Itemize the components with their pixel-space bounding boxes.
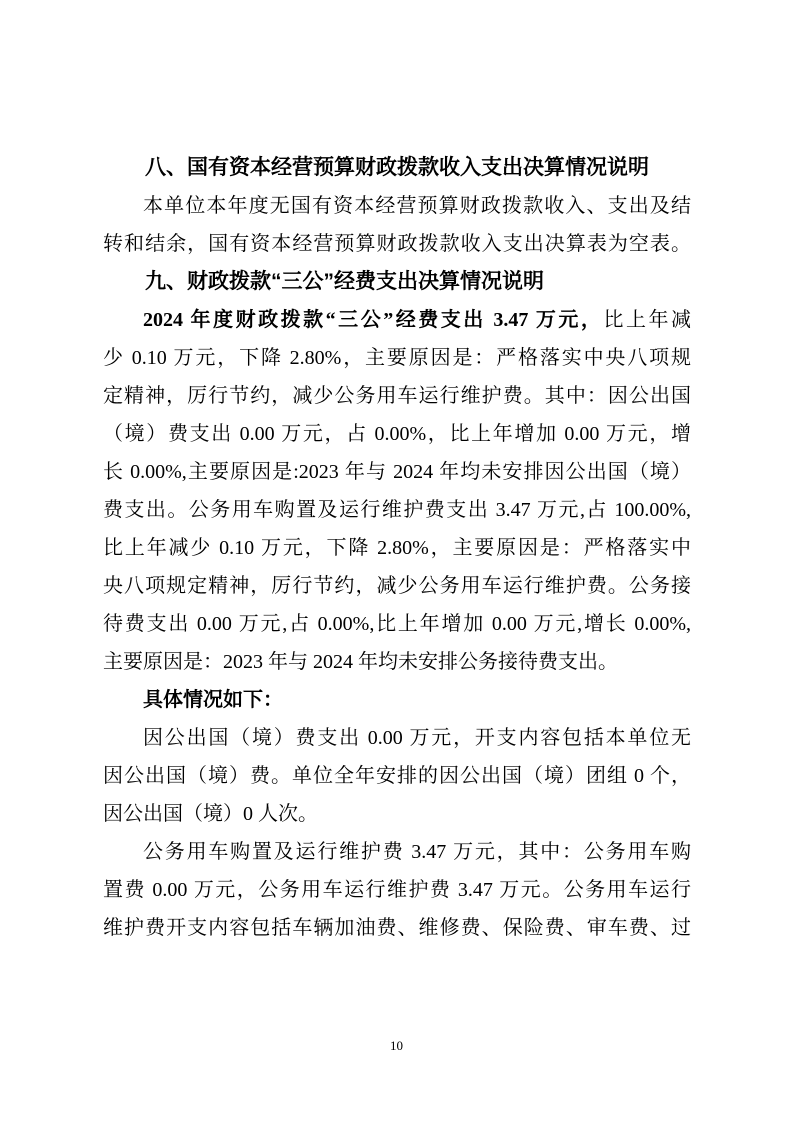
para-abroad-line-2: 因公出国（境）费。单位全年安排的因公出国（境）团组 0 个， [103, 757, 691, 795]
para-ix-line-4: （境）费支出 0.00 万元，占 0.00%，比上年增加 0.00 万元，增 [103, 415, 691, 453]
subheading-detail: 具体情况如下： [103, 681, 691, 719]
para-vehicle-line-3: 维护费开支内容包括车辆加油费、维修费、保险费、审车费、过 [103, 909, 691, 947]
para-ix-line-10: 主要原因是：2023 年与 2024 年均未安排公务接待费支出。 [103, 643, 691, 681]
page-number: 10 [0, 1036, 793, 1056]
para-ix-line-8: 央八项规定精神，厉行节约，减少公务用车运行维护费。公务接 [103, 567, 691, 605]
para-ix-lead-rest: 比上年减 [603, 309, 691, 331]
para-ix-line-9: 待费支出 0.00 万元,占 0.00%,比上年增加 0.00 万元,增长 0.… [103, 605, 691, 643]
section-heading-ix: 九、财政拨款“三公”经费支出决算情况说明 [103, 263, 691, 301]
para-ix-line-2: 少 0.10 万元，下降 2.80%，主要原因是：严格落实中央八项规 [103, 339, 691, 377]
para-viii-line-2: 转和结余，国有资本经营预算财政拨款收入支出决算表为空表。 [103, 225, 691, 263]
para-abroad-line-1: 因公出国（境）费支出 0.00 万元，开支内容包括本单位无 [103, 719, 691, 757]
para-ix-line-6: 费支出。公务用车购置及运行维护费支出 3.47 万元,占 100.00%, [103, 491, 691, 529]
section-heading-viii: 八、国有资本经营预算财政拨款收入支出决算情况说明 [103, 149, 691, 187]
para-viii-line-1: 本单位本年度无国有资本经营预算财政拨款收入、支出及结 [103, 187, 691, 225]
document-page: 八、国有资本经营预算财政拨款收入支出决算情况说明 本单位本年度无国有资本经营预算… [0, 0, 793, 1122]
para-ix-line-3: 定精神，厉行节约，减少公务用车运行维护费。其中：因公出国 [103, 377, 691, 415]
document-content: 八、国有资本经营预算财政拨款收入支出决算情况说明 本单位本年度无国有资本经营预算… [103, 149, 691, 947]
para-ix-lead-bold: 2024 年度财政拨款“三公”经费支出 3.47 万元， [143, 309, 603, 331]
para-ix-line-5: 长 0.00%,主要原因是:2023 年与 2024 年均未安排因公出国（境） [103, 453, 691, 491]
para-abroad-line-3: 因公出国（境）0 人次。 [103, 795, 691, 833]
para-ix-line-7: 比上年减少 0.10 万元，下降 2.80%，主要原因是：严格落实中 [103, 529, 691, 567]
para-ix-line-1: 2024 年度财政拨款“三公”经费支出 3.47 万元，比上年减 [103, 301, 691, 339]
para-vehicle-line-2: 置费 0.00 万元，公务用车运行维护费 3.47 万元。公务用车运行 [103, 871, 691, 909]
para-vehicle-line-1: 公务用车购置及运行维护费 3.47 万元，其中：公务用车购 [103, 833, 691, 871]
